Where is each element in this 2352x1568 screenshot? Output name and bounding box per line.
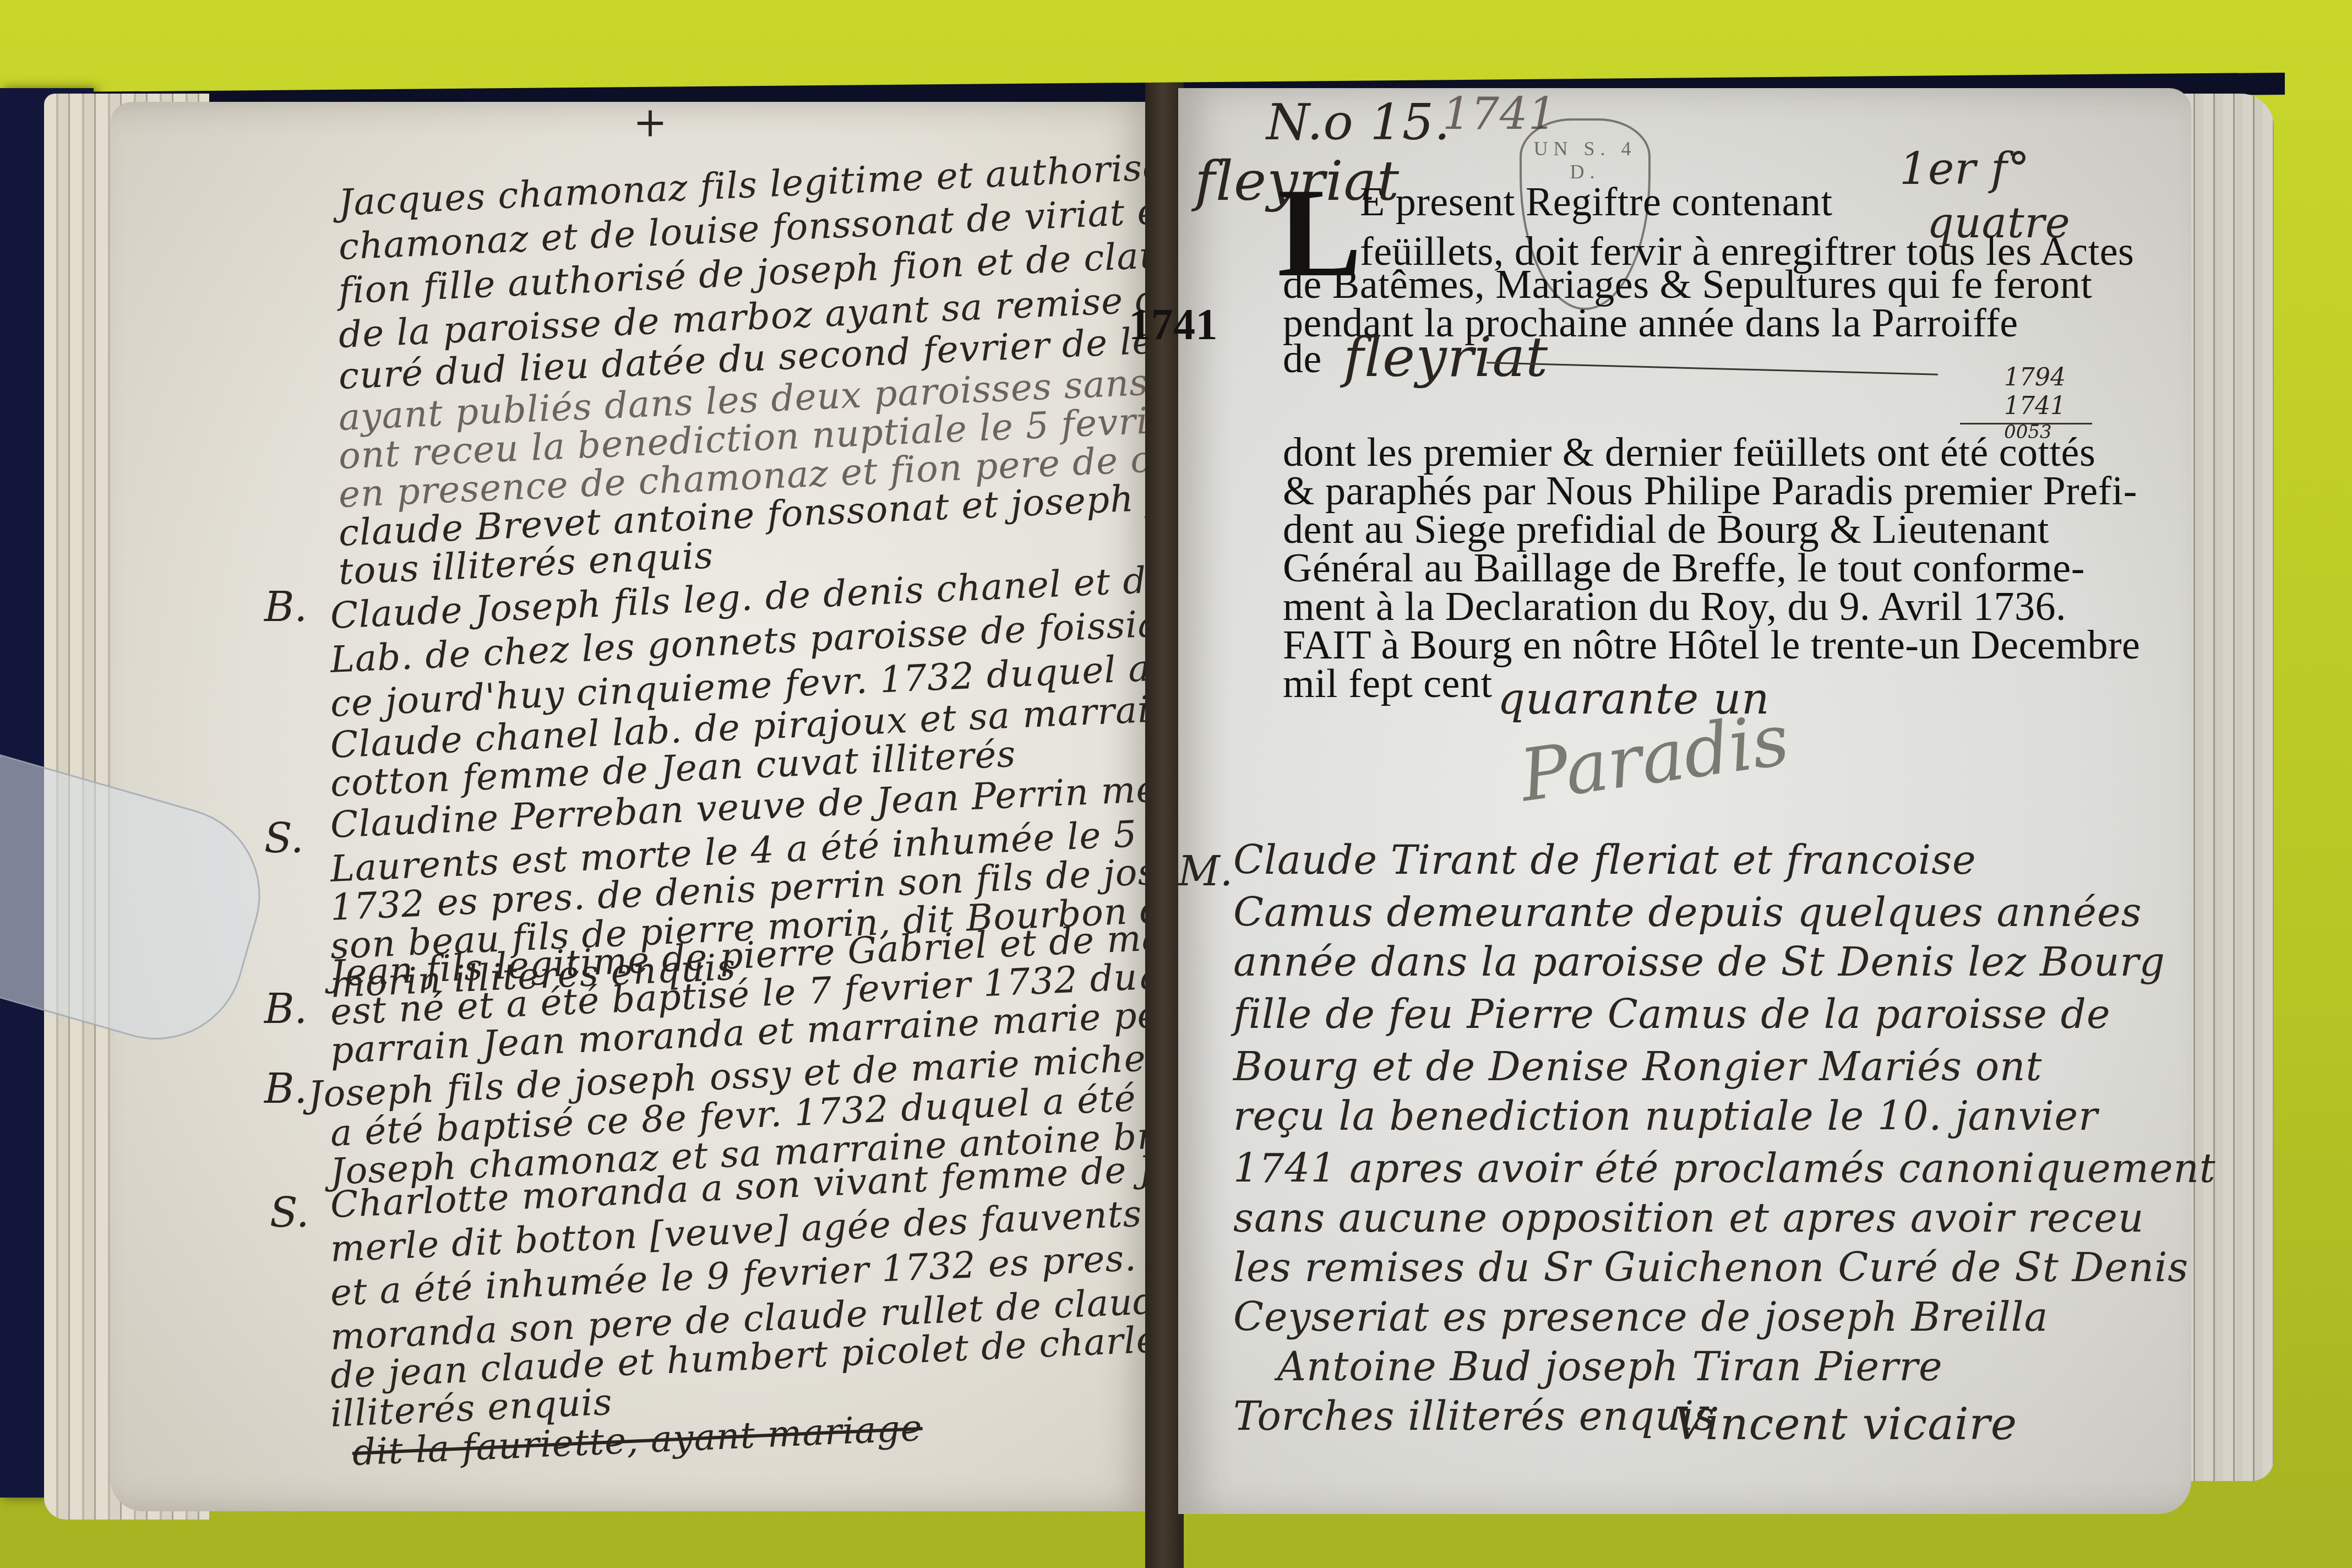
margin-mark-baptism: B. xyxy=(264,1065,307,1113)
entry-line: année dans la paroisse de St Denis lez B… xyxy=(1233,939,2165,985)
folio-note: 1er f° xyxy=(1899,143,2030,194)
margin-mark-baptism: B. xyxy=(264,584,307,631)
entry-line: les remises du Sr Guichenon Curé de St D… xyxy=(1233,1244,2188,1291)
filled-parish: fleyriat xyxy=(1343,325,1548,389)
stamp-text: UN S. 4 D. xyxy=(1522,137,1648,183)
margin-mark-baptism: B. xyxy=(264,986,307,1033)
entry-line: Ceyseriat es presence de joseph Breilla xyxy=(1233,1294,2049,1340)
entry-line: 1741 apres avoir été proclamés canonique… xyxy=(1233,1145,2216,1191)
entry-line: Camus demeurante depuis quelques années xyxy=(1233,889,2142,935)
margin-mark-burial: S. xyxy=(264,815,304,862)
printed-line: E present Regiftre contenant xyxy=(1360,179,1833,226)
cross-mark: + xyxy=(633,99,667,146)
entry-line: Bourg et de Denise Rongier Mariés ont xyxy=(1233,1043,2042,1090)
calc-line: 1794 xyxy=(2004,363,2066,391)
margin-mark-burial: S. xyxy=(270,1189,309,1237)
entry-line: Torches illiterés enquis xyxy=(1233,1393,1715,1439)
entry-line: Antoine Bud joseph Tiran Pierre xyxy=(1277,1343,1943,1390)
register-number: N.o 15. xyxy=(1266,94,1451,151)
printed-line: mil fept cent xyxy=(1283,661,1492,707)
entry-line: sans aucune opposition et apres avoir re… xyxy=(1233,1195,2144,1241)
entry-line: reçu la benediction nuptiale le 10. janv… xyxy=(1233,1093,2098,1139)
entry-line: fille de feu Pierre Camus de la paroisse… xyxy=(1233,991,2111,1037)
margin-year: 1741 xyxy=(1129,300,1218,350)
vicar-signature: Vincent vicaire xyxy=(1674,1398,2017,1450)
calc-line: 1741 xyxy=(2004,392,2066,420)
entry-line: Claude Tirant de fleriat et francoise xyxy=(1233,837,1977,883)
margin-mark-marriage: M. xyxy=(1178,848,1233,895)
printed-line: de xyxy=(1283,336,1322,383)
